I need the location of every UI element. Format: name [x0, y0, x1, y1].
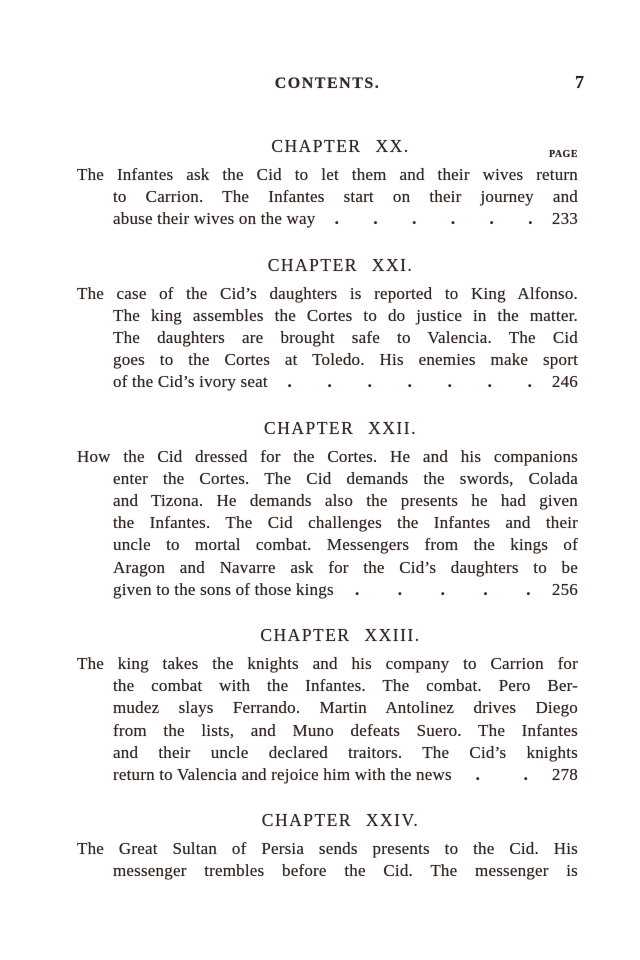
- summary-line: and their uncle declared traitors. The C…: [113, 742, 578, 764]
- summary-line: mudez slays Ferrando. Martin Antolinez d…: [113, 697, 578, 719]
- chapter-summary: The Infantes ask the Cid to let them and…: [77, 164, 578, 231]
- summary-line: The daughters are brought safe to Valenc…: [113, 327, 578, 349]
- summary-line: The king takes the knights and his compa…: [77, 653, 578, 675]
- folio-page-number: 7: [575, 72, 584, 93]
- chapter-heading: CHAPTER XXIV.: [90, 810, 591, 830]
- summary-line-text: of the Cid’s ivory seat: [113, 371, 268, 393]
- summary-leader-line: abuse their wives on the way ...... 233: [113, 208, 578, 230]
- summary-line: enter the Cortes. The Cid demands the sw…: [113, 468, 578, 490]
- chapter-summary: How the Cid dressed for the Cortes. He a…: [77, 446, 578, 601]
- summary-line: Aragon and Navarre ask for the Cid’s dau…: [113, 557, 578, 579]
- book-page: CONTENTS. 7 PAGE CHAPTER XX. The Infante…: [0, 0, 640, 960]
- summary-line: The Infantes ask the Cid to let them and…: [77, 164, 578, 186]
- dot-leader: .......: [270, 371, 550, 393]
- summary-line: from the lists, and Muno defeats Suero. …: [113, 720, 578, 742]
- summary-line: uncle to mortal combat. Messengers from …: [113, 534, 578, 556]
- chapter-heading: CHAPTER XXII.: [90, 418, 591, 438]
- entry-page-number: 246: [552, 371, 578, 393]
- chapter-heading: CHAPTER XXI.: [90, 255, 591, 275]
- summary-line: messenger trembles before the Cid. The m…: [113, 860, 578, 882]
- entry-page-number: 233: [552, 208, 578, 230]
- summary-line-text: return to Valencia and rejoice him with …: [113, 764, 452, 786]
- summary-line-text: abuse their wives on the way: [113, 208, 315, 230]
- running-head-title: CONTENTS.: [77, 74, 578, 94]
- summary-line: the combat with the Infantes. The combat…: [113, 675, 578, 697]
- summary-line: The case of the Cid’s daughters is repor…: [77, 283, 578, 305]
- summary-line: The king assembles the Cortes to do just…: [113, 305, 578, 327]
- chapter-summary: The king takes the knights and his compa…: [77, 653, 578, 786]
- summary-line: and Tizona. He demands also the presents…: [113, 490, 578, 512]
- entry-page-number: 256: [552, 579, 578, 601]
- dot-leader: ..: [454, 764, 550, 786]
- chapter-summary: The case of the Cid’s daughters is repor…: [77, 283, 578, 394]
- dot-leader: ......: [317, 208, 549, 230]
- summary-line: the Infantes. The Cid challenges the Inf…: [113, 512, 578, 534]
- chapter-heading: CHAPTER XXIII.: [90, 625, 591, 645]
- summary-line: The Great Sultan of Persia sends present…: [77, 838, 578, 860]
- chapter-summary: The Great Sultan of Persia sends present…: [77, 838, 578, 882]
- summary-line-text: given to the sons of those kings: [113, 579, 334, 601]
- summary-leader-line: return to Valencia and rejoice him with …: [113, 764, 578, 786]
- chapter-heading: CHAPTER XX.: [90, 136, 591, 156]
- summary-leader-line: given to the sons of those kings ..... 2…: [113, 579, 578, 601]
- summary-line: to Carrion. The Infantes start on their …: [113, 186, 578, 208]
- summary-leader-line: of the Cid’s ivory seat ....... 246: [113, 371, 578, 393]
- entry-page-number: 278: [552, 764, 578, 786]
- summary-line: goes to the Cortes at Toledo. His enemie…: [113, 349, 578, 371]
- summary-line: How the Cid dressed for the Cortes. He a…: [77, 446, 578, 468]
- dot-leader: .....: [336, 579, 550, 601]
